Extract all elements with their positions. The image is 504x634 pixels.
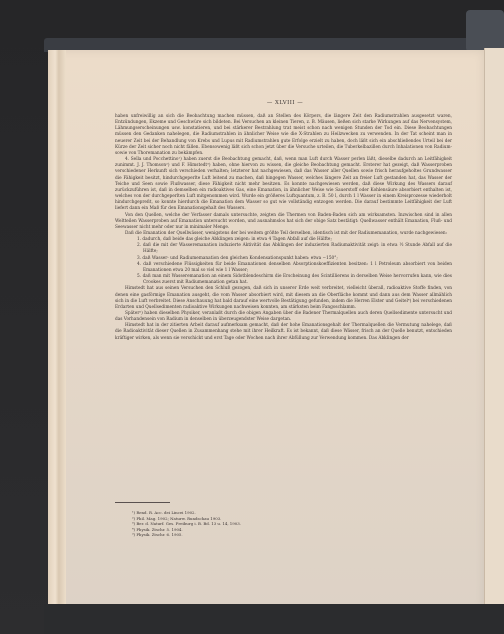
footnote: ⁵) Physik. Ztschr. 6. 1905. xyxy=(132,532,432,538)
scan-bottom-shadow xyxy=(44,604,504,634)
facing-page-edge xyxy=(484,48,504,608)
paragraph: Später⁵) haben dieselben Physiker, veran… xyxy=(115,311,452,323)
list-item: 4. daß verschiedene Flüssigkeiten für be… xyxy=(137,262,452,274)
paragraph: haben unfreiwillig an sich die Beobachtu… xyxy=(115,114,452,157)
body-text: haben unfreiwillig an sich die Beobachtu… xyxy=(115,114,452,342)
paragraph: Himstedt hat aus seinen Versuchen den Sc… xyxy=(115,286,452,311)
paragraph: Himstedt hat in der zitierten Arbeit dar… xyxy=(115,323,452,341)
footnotes: ¹) Rend. R. Acc. dei Lincei 1902. ²) Phi… xyxy=(132,510,432,538)
scanner-clamp-corner xyxy=(466,10,504,52)
numbered-list: 1. dadurch, daß beide das gleiche Abklin… xyxy=(137,237,452,286)
page-number-header: — XLVIII — xyxy=(110,100,460,106)
list-item: 2. daß die mit der Wasseremanation induz… xyxy=(137,243,452,255)
paragraph: Von den Quellen, welche der Verfasser da… xyxy=(115,213,452,231)
list-item: 5. daß man mit Wasseremanation an einem … xyxy=(137,274,452,286)
paragraph: 4. Sella und Pocchettino¹) haben zuerst … xyxy=(115,157,452,212)
footnote-divider xyxy=(115,502,170,503)
page-gutter-fold xyxy=(48,50,66,610)
